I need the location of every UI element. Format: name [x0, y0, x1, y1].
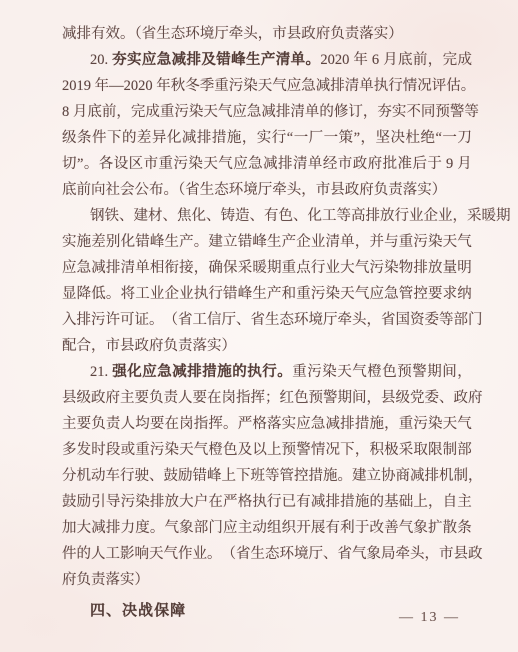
text-segment: 政	[353, 151, 368, 177]
text-segment: 行	[120, 463, 135, 489]
text-segment: 均	[135, 411, 150, 437]
text-segment: 头	[410, 541, 425, 567]
text-segment: 预	[435, 99, 450, 125]
text-segment: 。	[223, 411, 238, 437]
text-segment: 行	[311, 255, 326, 281]
text-segment: 自	[443, 489, 458, 515]
text-segment: 县	[287, 26, 302, 42]
text-segment: 色	[279, 203, 294, 229]
text-segment: 批	[383, 151, 398, 177]
text-segment: 杜	[406, 125, 421, 151]
text-segment: 施	[227, 125, 242, 151]
text-segment: 指	[236, 385, 251, 411]
text-segment: 市	[144, 151, 159, 177]
text-segment: 利	[340, 515, 355, 541]
text-segment: 错	[223, 281, 238, 307]
text-segment: 业	[409, 203, 424, 229]
text-segment: 大	[179, 489, 194, 515]
text-segment: 重	[159, 151, 174, 177]
text-segment: 色	[382, 359, 397, 385]
text-segment: 行	[262, 359, 277, 385]
text-segment: 、	[250, 203, 265, 229]
text-segment: 负	[149, 385, 164, 411]
text-segment: 各	[99, 151, 114, 177]
text-segment: 情	[311, 437, 326, 463]
text-segment: 色	[294, 385, 309, 411]
text-segment: 排	[106, 255, 121, 281]
text-segment: 差	[91, 229, 106, 255]
text-segment: 上	[413, 489, 428, 515]
text-segment: 的	[232, 359, 247, 385]
text-segment: 错	[216, 47, 231, 73]
text-segment: 执	[247, 359, 262, 385]
text-segment: 政	[468, 541, 483, 567]
text-segment: 象	[367, 541, 382, 567]
text-segment: 完	[131, 99, 146, 125]
text-segment: 或	[121, 437, 136, 463]
text-segment: 、	[323, 541, 338, 567]
text-segment: 警	[296, 437, 311, 463]
text-segment: 污	[121, 489, 136, 515]
scanned-page: 减排有效。（省生态环境厅牵头，市县政府负责落实）20. 夯实应急减排及错峰生产清…	[0, 0, 518, 652]
text-segment: ，	[367, 307, 382, 333]
text-segment: 执	[252, 489, 267, 515]
text-segment: 天	[203, 99, 218, 125]
text-segment: 业	[311, 229, 326, 255]
text-segment: 应	[232, 99, 247, 125]
text-segment: 物	[399, 255, 414, 281]
text-segment: 责	[388, 182, 403, 198]
text-segment: 负	[374, 182, 389, 198]
text-segment: 年	[353, 47, 368, 73]
text-segment: 指	[194, 411, 209, 437]
text-segment: 排	[326, 489, 341, 515]
document-line: 县级政府主要负责人要在岗指挥；红色预警期间，县级党委、政府	[62, 385, 472, 411]
text-segment: 底	[87, 99, 102, 125]
text-segment: 四	[90, 602, 106, 619]
text-segment: 排	[197, 125, 212, 151]
text-segment: 排	[278, 151, 293, 177]
text-segment: 气	[218, 151, 233, 177]
text-segment: 年	[156, 73, 171, 99]
text-segment: ，	[457, 359, 472, 385]
text-segment: 应	[369, 281, 384, 307]
text-segment: 门	[468, 307, 483, 333]
text-segment: 牵	[272, 182, 287, 198]
text-segment: 资	[410, 307, 425, 333]
text-segment: 施	[77, 229, 92, 255]
text-segment: ）	[222, 338, 237, 354]
text-segment: 业	[193, 541, 208, 567]
text-segment: 产	[179, 229, 194, 255]
text-segment: 纳	[457, 281, 472, 307]
text-segment: 业	[326, 255, 341, 281]
text-segment: 社	[106, 182, 121, 198]
text-segment: 不	[406, 99, 421, 125]
text-segment: 峰	[231, 47, 246, 73]
text-segment: 头	[287, 182, 302, 198]
text-segment: 前	[413, 47, 428, 73]
text-segment: 以	[252, 437, 267, 463]
text-segment: 天	[149, 541, 164, 567]
text-segment: 排	[425, 463, 440, 489]
text-segment: 证	[135, 307, 150, 333]
text-segment: 。	[84, 151, 99, 177]
text-segment: 切	[62, 151, 77, 177]
text-segment: ，	[384, 411, 399, 437]
text-segment: 气	[399, 515, 414, 541]
text-segment: 制	[454, 463, 469, 489]
text-segment: 、	[439, 385, 454, 411]
document-line: 实施差别化错峰生产。建立错峰生产企业清单，并与重污染天气	[62, 229, 472, 255]
text-segment: 于	[427, 151, 442, 177]
text-segment: 力	[121, 515, 136, 541]
text-segment: 生	[251, 541, 266, 567]
text-segment: 挥	[251, 385, 266, 411]
text-segment: 实	[417, 182, 432, 198]
text-segment: 部	[454, 307, 469, 333]
document-line: 切”。各设区市重污染天气应急减排清单经市政府批准后于 9 月	[62, 151, 472, 177]
text-segment: 态	[265, 541, 280, 567]
text-segment: 污	[150, 437, 165, 463]
text-segment: 主	[120, 385, 135, 411]
text-segment: 清	[326, 229, 341, 255]
text-segment: 县	[120, 338, 135, 354]
text-segment: 减	[311, 489, 326, 515]
text-segment: 期	[338, 385, 353, 411]
text-segment: 施	[217, 359, 232, 385]
text-segment: 府	[316, 26, 331, 42]
text-segment: 修	[334, 99, 349, 125]
text-segment: 局	[381, 541, 396, 567]
text-segment: 控	[294, 463, 309, 489]
text-segment: 况	[417, 73, 432, 99]
text-segment: 预	[397, 359, 412, 385]
text-segment: 月	[383, 47, 398, 73]
text-segment: 气	[164, 541, 179, 567]
text-segment: 行	[267, 489, 282, 515]
text-segment: 省	[185, 182, 200, 198]
text-segment: 厅	[323, 307, 338, 333]
text-segment: 展	[311, 515, 326, 541]
text-segment: 及	[238, 437, 253, 463]
text-segment: 境	[309, 307, 324, 333]
text-segment: 单	[305, 99, 320, 125]
text-segment: 影	[120, 541, 135, 567]
text-segment: 预	[309, 385, 324, 411]
text-segment: 气	[457, 411, 472, 437]
text-segment: 底	[398, 47, 413, 73]
text-segment: 区	[129, 151, 144, 177]
text-segment: 负	[164, 338, 179, 354]
text-segment: 岗	[179, 411, 194, 437]
text-segment: 措	[340, 489, 355, 515]
text-segment: 厅	[309, 541, 324, 567]
text-segment: 挥	[208, 411, 223, 437]
text-segment: 要	[77, 411, 92, 437]
text-segment: 扩	[428, 515, 443, 541]
text-segment: 排	[106, 515, 121, 541]
text-segment: 单	[291, 47, 306, 73]
text-segment: ，	[242, 125, 257, 151]
text-segment: 减	[172, 359, 187, 385]
text-segment: 在	[207, 385, 222, 411]
text-segment: 态	[280, 307, 295, 333]
text-segment: 减	[172, 47, 187, 73]
text-segment: 市	[316, 182, 331, 198]
document-line: 21. 强化应急减排措施的执行。重污染天气橙色预警期间，	[62, 359, 472, 385]
text-segment: 染	[135, 489, 150, 515]
text-segment: 暖	[482, 203, 497, 229]
text-segment: 错	[193, 463, 208, 489]
text-segment: 单	[135, 255, 150, 281]
page-number: — 13 —	[399, 610, 460, 626]
text-segment: 峰	[238, 281, 253, 307]
document-line: 主要负责人均要在岗指挥。严格落实应急减排措施，重污染天气	[62, 411, 472, 437]
text-segment: 点	[296, 255, 311, 281]
text-segment: 态	[214, 182, 229, 198]
text-segment: 业	[150, 281, 165, 307]
text-segment: 落	[359, 26, 374, 42]
text-segment: ，	[361, 125, 376, 151]
text-segment: 责	[345, 26, 360, 42]
text-segment: 等	[337, 203, 352, 229]
text-segment: 排	[276, 99, 291, 125]
text-segment: ，	[194, 255, 209, 281]
text-segment: 党	[410, 385, 425, 411]
text-segment: 设	[114, 151, 129, 177]
text-segment: 措	[202, 359, 217, 385]
text-segment: 量	[443, 255, 458, 281]
text-segment: 、	[149, 463, 164, 489]
text-segment: 前	[77, 182, 92, 198]
text-segment: —	[109, 73, 124, 99]
text-segment: 励	[178, 463, 193, 489]
text-segment: 减	[261, 99, 276, 125]
text-segment: 重	[399, 229, 414, 255]
text-segment: 级	[77, 385, 92, 411]
text-segment: 实	[62, 229, 77, 255]
text-segment: 6	[368, 47, 383, 73]
text-segment: 订	[348, 99, 363, 125]
text-segment: 实	[120, 572, 135, 588]
text-segment: 期	[496, 203, 511, 229]
text-segment: 情	[403, 73, 418, 99]
text-segment: 化	[127, 359, 142, 385]
text-segment: 企	[164, 281, 179, 307]
text-segment: 准	[398, 151, 413, 177]
text-segment: 机	[77, 463, 92, 489]
text-segment: 清	[293, 151, 308, 177]
text-segment: 人	[91, 541, 106, 567]
text-segment: 实	[257, 125, 272, 151]
text-segment: 境	[294, 541, 309, 567]
text-segment: 排	[187, 359, 202, 385]
text-segment: 市	[272, 26, 287, 42]
text-segment: 生	[265, 307, 280, 333]
text-segment: 省	[338, 541, 353, 567]
text-segment: 主	[62, 411, 77, 437]
text-segment: 急	[248, 151, 263, 177]
text-segment: 县	[330, 182, 345, 198]
text-segment: 染	[428, 411, 443, 437]
text-segment: 应	[296, 411, 311, 437]
text-segment: 省	[251, 307, 266, 333]
text-segment: 责	[91, 572, 106, 588]
text-segment: 估	[446, 73, 461, 99]
text-segment: 省	[142, 26, 157, 42]
text-segment: 件	[92, 125, 107, 151]
text-segment: 确	[208, 255, 223, 281]
text-segment: 励	[77, 489, 92, 515]
text-segment: 、	[293, 203, 308, 229]
text-segment: 有	[296, 489, 311, 515]
text-segment: 等	[265, 463, 280, 489]
text-segment: 重	[135, 437, 150, 463]
text-segment: 别	[106, 229, 121, 255]
document-lines: 减排有效。（省生态环境厅牵头，市县政府负责落实）20. 夯实应急减排及错峰生产清…	[62, 21, 472, 624]
text-segment: 减	[316, 73, 331, 99]
text-segment: 降	[77, 281, 92, 307]
text-segment: 市	[106, 338, 121, 354]
text-segment: 差	[137, 125, 152, 151]
text-segment: 落	[403, 182, 418, 198]
text-segment: 主	[457, 489, 472, 515]
text-segment: 上	[222, 463, 237, 489]
text-segment: 下	[236, 463, 251, 489]
text-segment: 排	[413, 255, 428, 281]
text-segment: 期	[267, 255, 282, 281]
text-segment: 行	[272, 125, 287, 151]
text-segment: 排	[77, 26, 92, 42]
text-segment: 人	[178, 385, 193, 411]
text-segment: 和	[282, 281, 297, 307]
text-segment: 生	[246, 47, 261, 73]
text-segment: 气	[355, 255, 370, 281]
text-segment: 重	[282, 255, 297, 281]
text-segment: 夯	[377, 99, 392, 125]
text-segment: 与	[384, 229, 399, 255]
text-segment: 有	[326, 515, 341, 541]
text-segment: 象	[179, 515, 194, 541]
text-segment: 单	[359, 73, 374, 99]
text-segment: 污	[369, 255, 384, 281]
text-segment: 减	[91, 255, 106, 281]
text-segment: 取	[413, 437, 428, 463]
text-segment: 上	[267, 437, 282, 463]
text-segment: 峰	[207, 463, 222, 489]
text-segment: 厅	[222, 307, 237, 333]
text-segment: 条	[457, 515, 472, 541]
text-segment: 染	[188, 151, 203, 177]
document-line: 多发时段或重污染天气橙色及以上预警情况下，积极采取限制部	[62, 437, 472, 463]
text-segment: ，	[355, 229, 370, 255]
text-segment: 立	[223, 229, 238, 255]
text-segment: 于	[355, 515, 370, 541]
text-segment: 立	[367, 463, 382, 489]
text-segment: 协	[381, 463, 396, 489]
text-segment: 府	[149, 338, 164, 354]
text-segment: 减	[263, 151, 278, 177]
text-segment: 企	[424, 203, 439, 229]
text-segment: ）	[388, 26, 403, 42]
document-line: 应急减排清单相衔接，确保采暖期重点行业大气污染物排放量明	[62, 255, 472, 281]
text-segment: 重	[399, 411, 414, 437]
text-segment: 、	[119, 203, 134, 229]
text-segment: 责	[164, 385, 179, 411]
text-segment: 铁	[105, 203, 120, 229]
text-segment: 政	[301, 26, 316, 42]
text-segment: 排	[366, 203, 381, 229]
document-line: 8 月底前，完成重污染天气应急减排清单的修订，夯实不同预警等	[62, 99, 472, 125]
text-segment: 应	[223, 515, 238, 541]
text-segment: 求	[443, 281, 458, 307]
text-segment: 后	[412, 151, 427, 177]
text-segment: 织	[282, 515, 297, 541]
text-segment: 重	[292, 359, 307, 385]
text-segment: 。	[338, 463, 353, 489]
text-segment: 积	[369, 437, 384, 463]
text-segment: 门	[208, 515, 223, 541]
text-segment: 会	[120, 182, 135, 198]
text-segment: 气	[218, 99, 233, 125]
text-segment: 化	[192, 203, 207, 229]
text-segment: 减	[326, 411, 341, 437]
text-segment: 大	[77, 515, 92, 541]
text-segment: 成	[145, 99, 160, 125]
text-segment: 。	[150, 515, 165, 541]
text-segment: 措	[309, 463, 324, 489]
text-segment: 气	[272, 73, 287, 99]
text-segment: 橙	[367, 359, 382, 385]
text-segment: 气	[164, 515, 179, 541]
text-segment: 政	[345, 182, 360, 198]
text-segment: 染	[428, 229, 443, 255]
text-segment: 经	[323, 151, 338, 177]
text-segment: 环	[185, 26, 200, 42]
text-segment: 产	[282, 229, 297, 255]
text-segment: 许	[106, 307, 121, 333]
text-segment: 在	[208, 489, 223, 515]
text-segment: 一	[324, 125, 339, 151]
text-segment: 坚	[376, 125, 391, 151]
text-segment: 保	[154, 602, 170, 619]
text-segment: 气	[194, 437, 209, 463]
text-segment: 驶	[135, 463, 150, 489]
text-segment: 段	[106, 437, 121, 463]
text-segment: 清	[276, 47, 291, 73]
text-segment: 清	[345, 73, 360, 99]
text-segment: ”	[354, 125, 360, 151]
text-segment: 材	[148, 203, 163, 229]
text-segment: 应	[142, 359, 157, 385]
text-segment: 的	[77, 541, 92, 567]
text-segment: 气	[355, 281, 370, 307]
text-segment: 动	[91, 463, 106, 489]
text-segment: 月	[457, 151, 472, 177]
text-segment: 衔	[164, 255, 179, 281]
text-segment: 接	[179, 255, 194, 281]
text-segment: 引	[91, 489, 106, 515]
document-line: 鼓励引导污染排放大户在严格执行已有减排措施的基础上，自主	[62, 489, 472, 515]
text-segment: 散	[443, 515, 458, 541]
text-segment: 发	[77, 437, 92, 463]
text-segment: 。	[461, 73, 476, 99]
text-segment: ，	[428, 489, 443, 515]
text-segment: 加	[62, 515, 77, 541]
text-segment: 生	[200, 182, 215, 198]
text-segment: 相	[150, 255, 165, 281]
